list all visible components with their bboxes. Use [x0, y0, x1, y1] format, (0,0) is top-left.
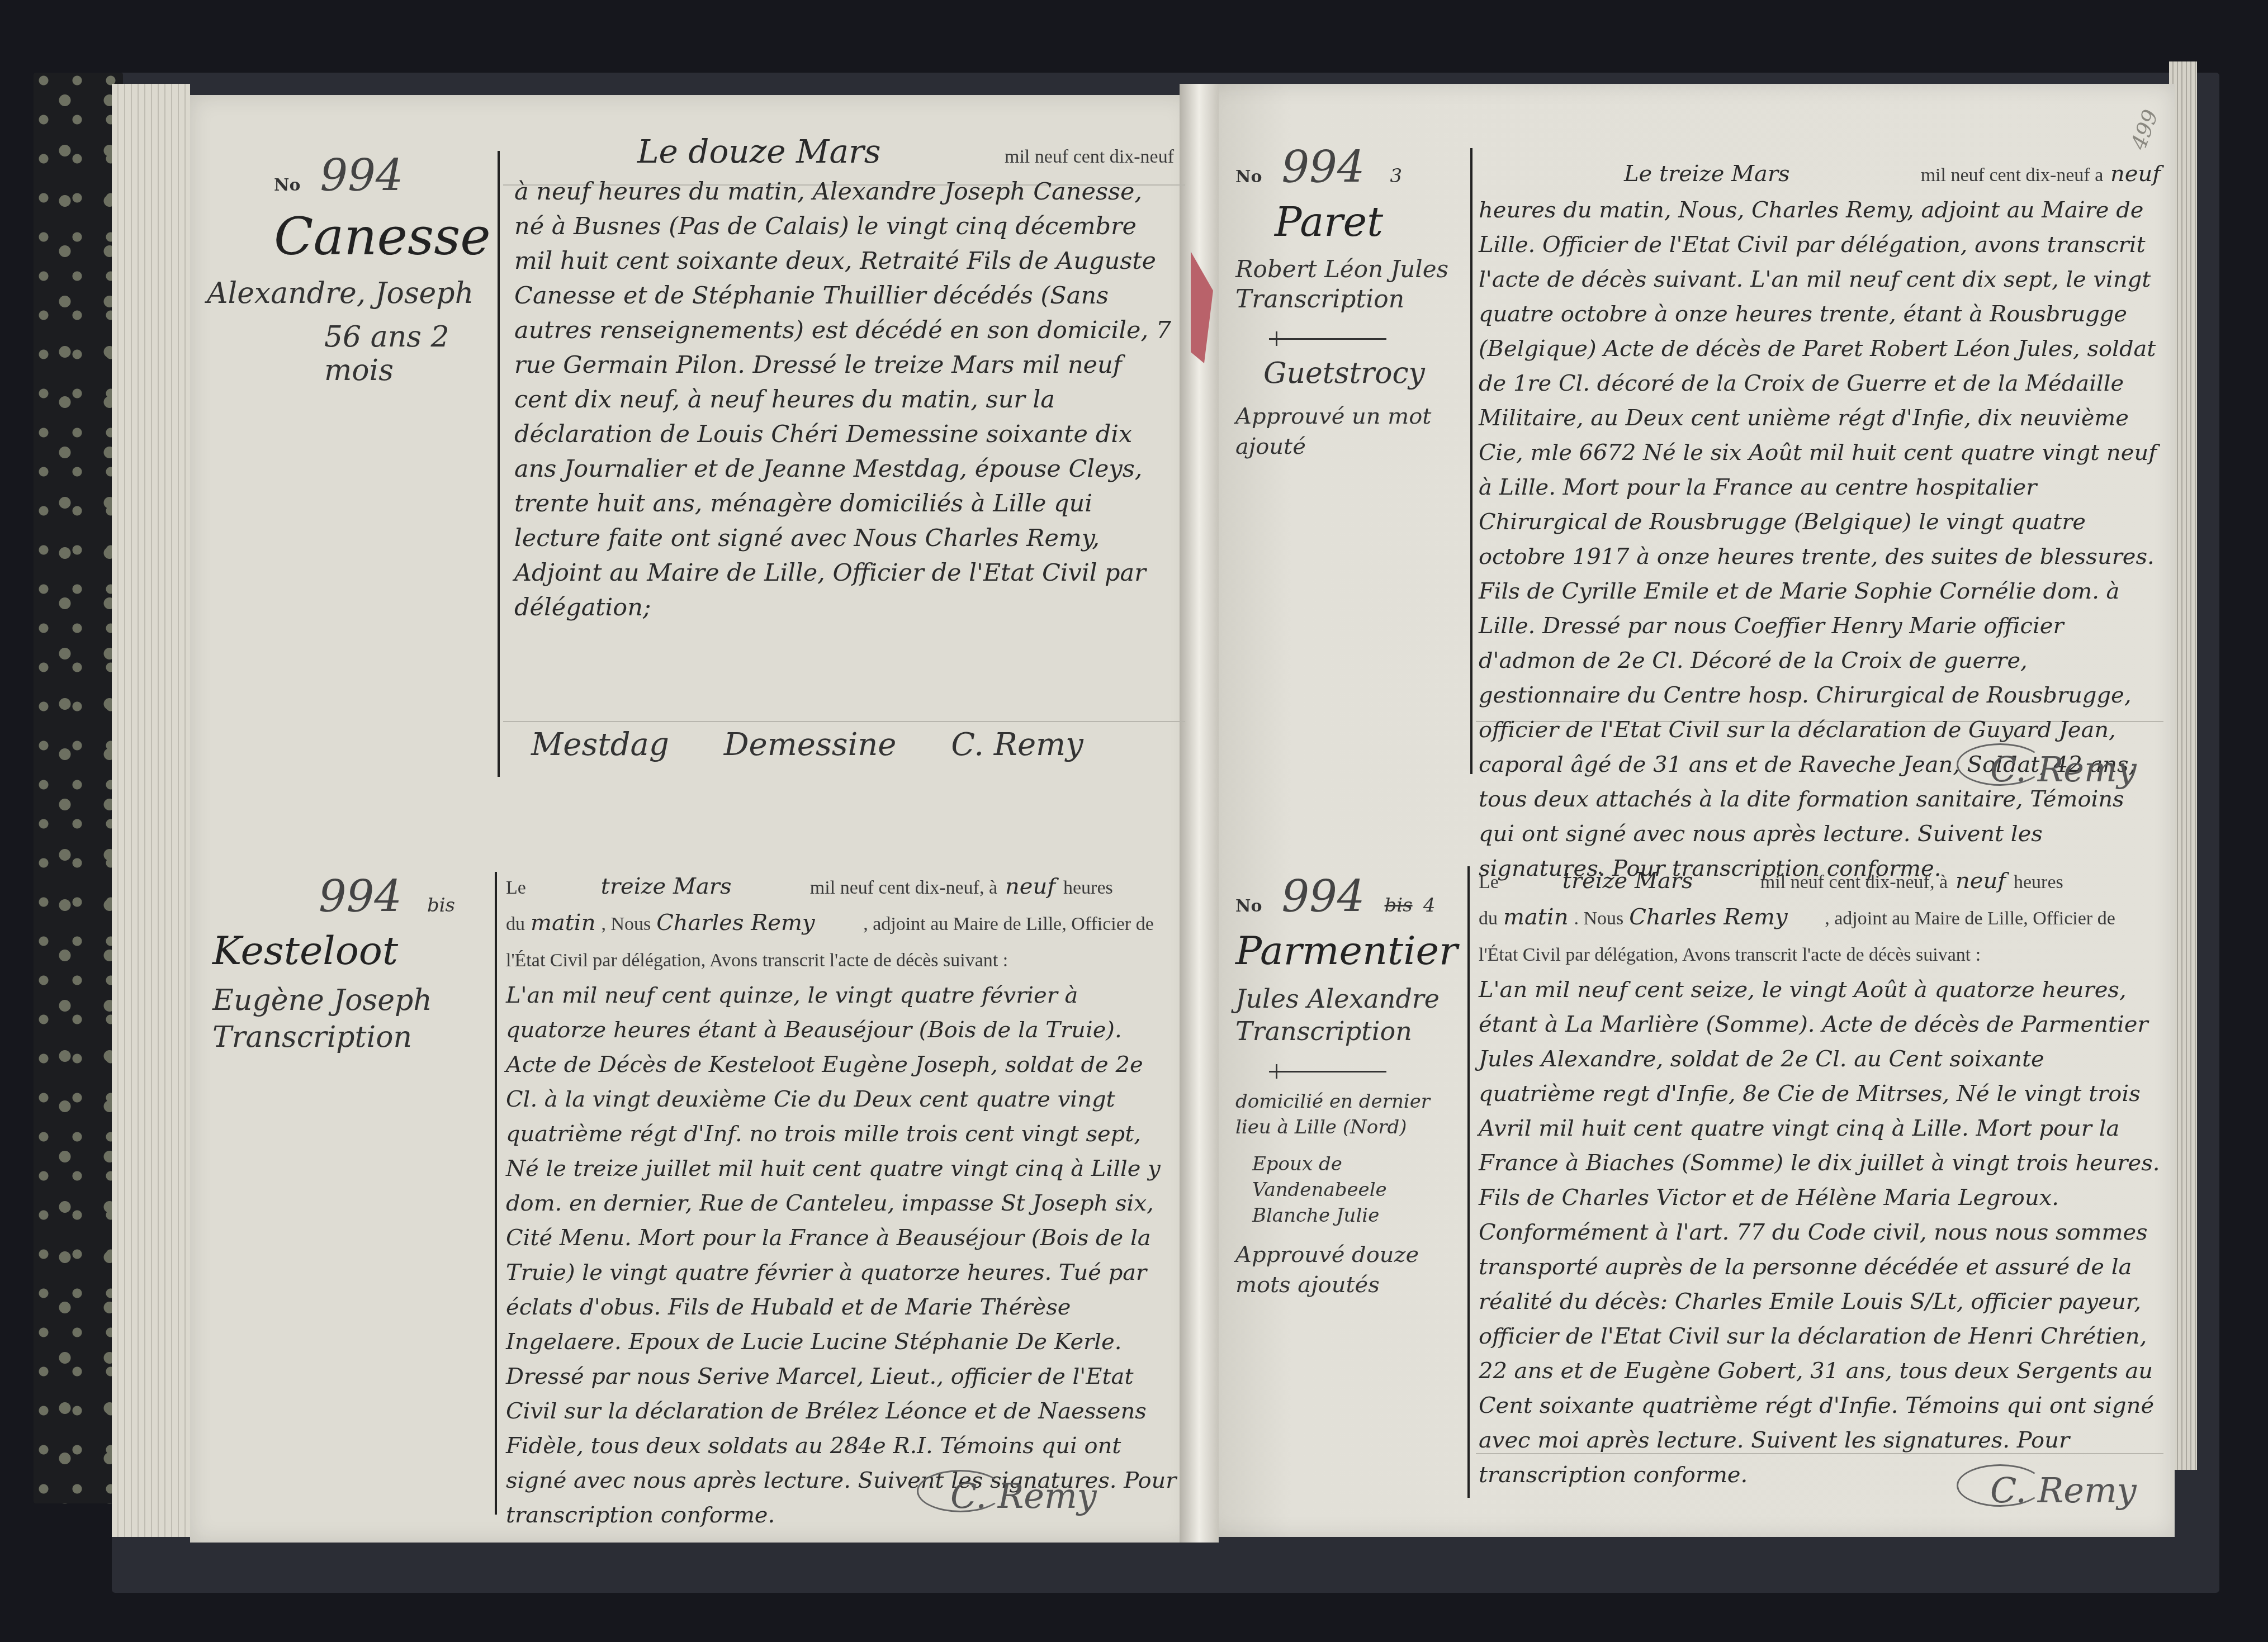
- signature-remy: C. Remy: [1990, 749, 2137, 790]
- entry-margin-note: Transcription: [1235, 285, 1470, 314]
- entry-margin-kesteloot: 994 bis Kesteloot Eugène Joseph Transcri…: [212, 872, 492, 1054]
- entry-hour: neuf: [1005, 869, 1055, 904]
- entry-text: L'an mil neuf cent quinze, le vingt quat…: [506, 978, 1177, 1532]
- entry-margin-note: Guetstrocy: [1263, 357, 1470, 390]
- marbled-cover-edge: [34, 73, 123, 1503]
- entry-text: à neuf heures du matin, Alexandre Joseph…: [514, 174, 1174, 625]
- entry-margin-note: domicilié en dernier lieu à Lille (Nord): [1235, 1089, 1470, 1141]
- entry-officer: Charles Remy: [1629, 900, 1819, 934]
- entry-margin-note: Transcription: [212, 1021, 492, 1054]
- right-column-rule-top: [1470, 148, 1472, 774]
- printed-etat-civil: l'État Civil par délégation, Avons trans…: [1479, 945, 1981, 965]
- entry-margin-paret: No 994 3 Paret Robert Léon Jules Transcr…: [1235, 143, 1470, 462]
- printed-heures: heures: [2014, 865, 2063, 900]
- entry-margin-note: Transcription: [1235, 1016, 1470, 1046]
- entry-hour: neuf: [2110, 161, 2161, 187]
- entry-date-line: treize Mars: [1562, 863, 1753, 898]
- printed-nous: . Nous: [1574, 901, 1623, 936]
- entry-given-names: Eugène Joseph: [212, 984, 492, 1017]
- printed-year: mil neuf cent dix-neuf a: [1921, 165, 2104, 186]
- entry-body-canesse: Le douze Mars mil neuf cent dix-neuf à n…: [514, 134, 1174, 625]
- entry-margin-note: Approuvé un mot ajouté: [1235, 401, 1470, 462]
- entry-surname: Canesse: [274, 207, 486, 267]
- printed-du: du: [1479, 901, 1498, 936]
- signature: Mestdag: [531, 727, 669, 763]
- entry-given-names: Alexandre, Joseph: [207, 277, 486, 310]
- entry-hour: neuf: [1956, 863, 2006, 898]
- entry-given-names: Jules Alexandre: [1235, 984, 1470, 1014]
- printed-etat-civil: l'État Civil par délégation, Avons trans…: [506, 950, 1008, 971]
- entry-suffix: bis: [427, 894, 455, 917]
- printed-adjoint: , adjoint au Maire de Lille, Officier de: [1825, 901, 2115, 936]
- signature-row-canesse: Mestdag Demessine C. Remy: [531, 727, 1128, 763]
- printed-le: Le: [506, 871, 526, 905]
- printed-year: mil neuf cent dix-neuf, à: [1760, 865, 1948, 900]
- left-column-rule-top: [498, 151, 500, 777]
- entry-body-parmentier: Le treize Mars mil neuf cent dix-neuf, à…: [1479, 863, 2161, 1492]
- entry-suffix: 3: [1390, 165, 1403, 187]
- printed-year: mil neuf cent dix-neuf, à: [810, 871, 997, 905]
- entry-number: 994: [1282, 143, 1365, 193]
- entry-no-label: No: [1235, 896, 1262, 916]
- printed-heures: heures: [1063, 871, 1113, 905]
- signature: C. Remy: [951, 727, 1083, 763]
- left-column-rule-bottom: [495, 872, 497, 1515]
- death-cross-mark: [1269, 1071, 1386, 1072]
- signature-remy: C. Remy: [1990, 1470, 2137, 1511]
- page-stack-left: [112, 84, 190, 1537]
- printed-year: mil neuf cent dix-neuf: [1005, 140, 1174, 174]
- entry-number: 994: [1282, 872, 1365, 922]
- entry-date-line: Le treize Mars: [1624, 156, 1790, 191]
- entry-suffix: 4: [1423, 894, 1436, 917]
- entry-no-label: No: [274, 175, 300, 195]
- entry-date-line: treize Mars: [601, 869, 802, 904]
- entry-surname: Paret: [1275, 198, 1470, 245]
- entry-time-of-day: matin: [1503, 900, 1568, 934]
- entry-no-label: No: [1235, 167, 1262, 187]
- entry-margin-note: Epoux de Vandenabeele Blanche Julie: [1252, 1152, 1470, 1229]
- entry-margin-note: Approuvé douze mots ajoutés: [1235, 1240, 1470, 1300]
- entry-number: 994: [320, 151, 404, 201]
- death-cross-mark: [1269, 338, 1386, 340]
- entry-age: 56 ans 2 mois: [324, 320, 486, 387]
- printed-adjoint: , adjoint au Maire de Lille, Officier de: [863, 907, 1154, 942]
- entry-number: 994: [319, 872, 402, 922]
- entry-time-of-day: matin: [531, 905, 595, 940]
- entry-officer: Charles Remy: [656, 905, 858, 940]
- ruled-line: [503, 721, 1185, 722]
- entry-suffix-struck: bis: [1385, 894, 1413, 917]
- printed-du: du: [506, 907, 525, 942]
- printed-nous: , Nous: [601, 907, 651, 942]
- entry-surname: Kesteloot: [212, 928, 492, 974]
- entry-date-line: Le douze Mars: [637, 134, 880, 169]
- entry-surname: Parmentier: [1235, 928, 1470, 974]
- entry-margin-parmentier: No 994 bis 4 Parmentier Jules Alexandre …: [1235, 872, 1470, 1300]
- entry-margin-canesse: No 994 Canesse Alexandre, Joseph 56 ans …: [274, 151, 486, 387]
- printed-le: Le: [1479, 865, 1499, 900]
- signature: Demessine: [724, 727, 897, 763]
- entry-given-names: Robert Léon Jules: [1235, 255, 1470, 283]
- signature-remy: C. Remy: [950, 1475, 1097, 1516]
- entry-text: L'an mil neuf cent seize, le vingt Août …: [1479, 972, 2161, 1492]
- entry-body-kesteloot: Le treize Mars mil neuf cent dix-neuf, à…: [506, 869, 1177, 1532]
